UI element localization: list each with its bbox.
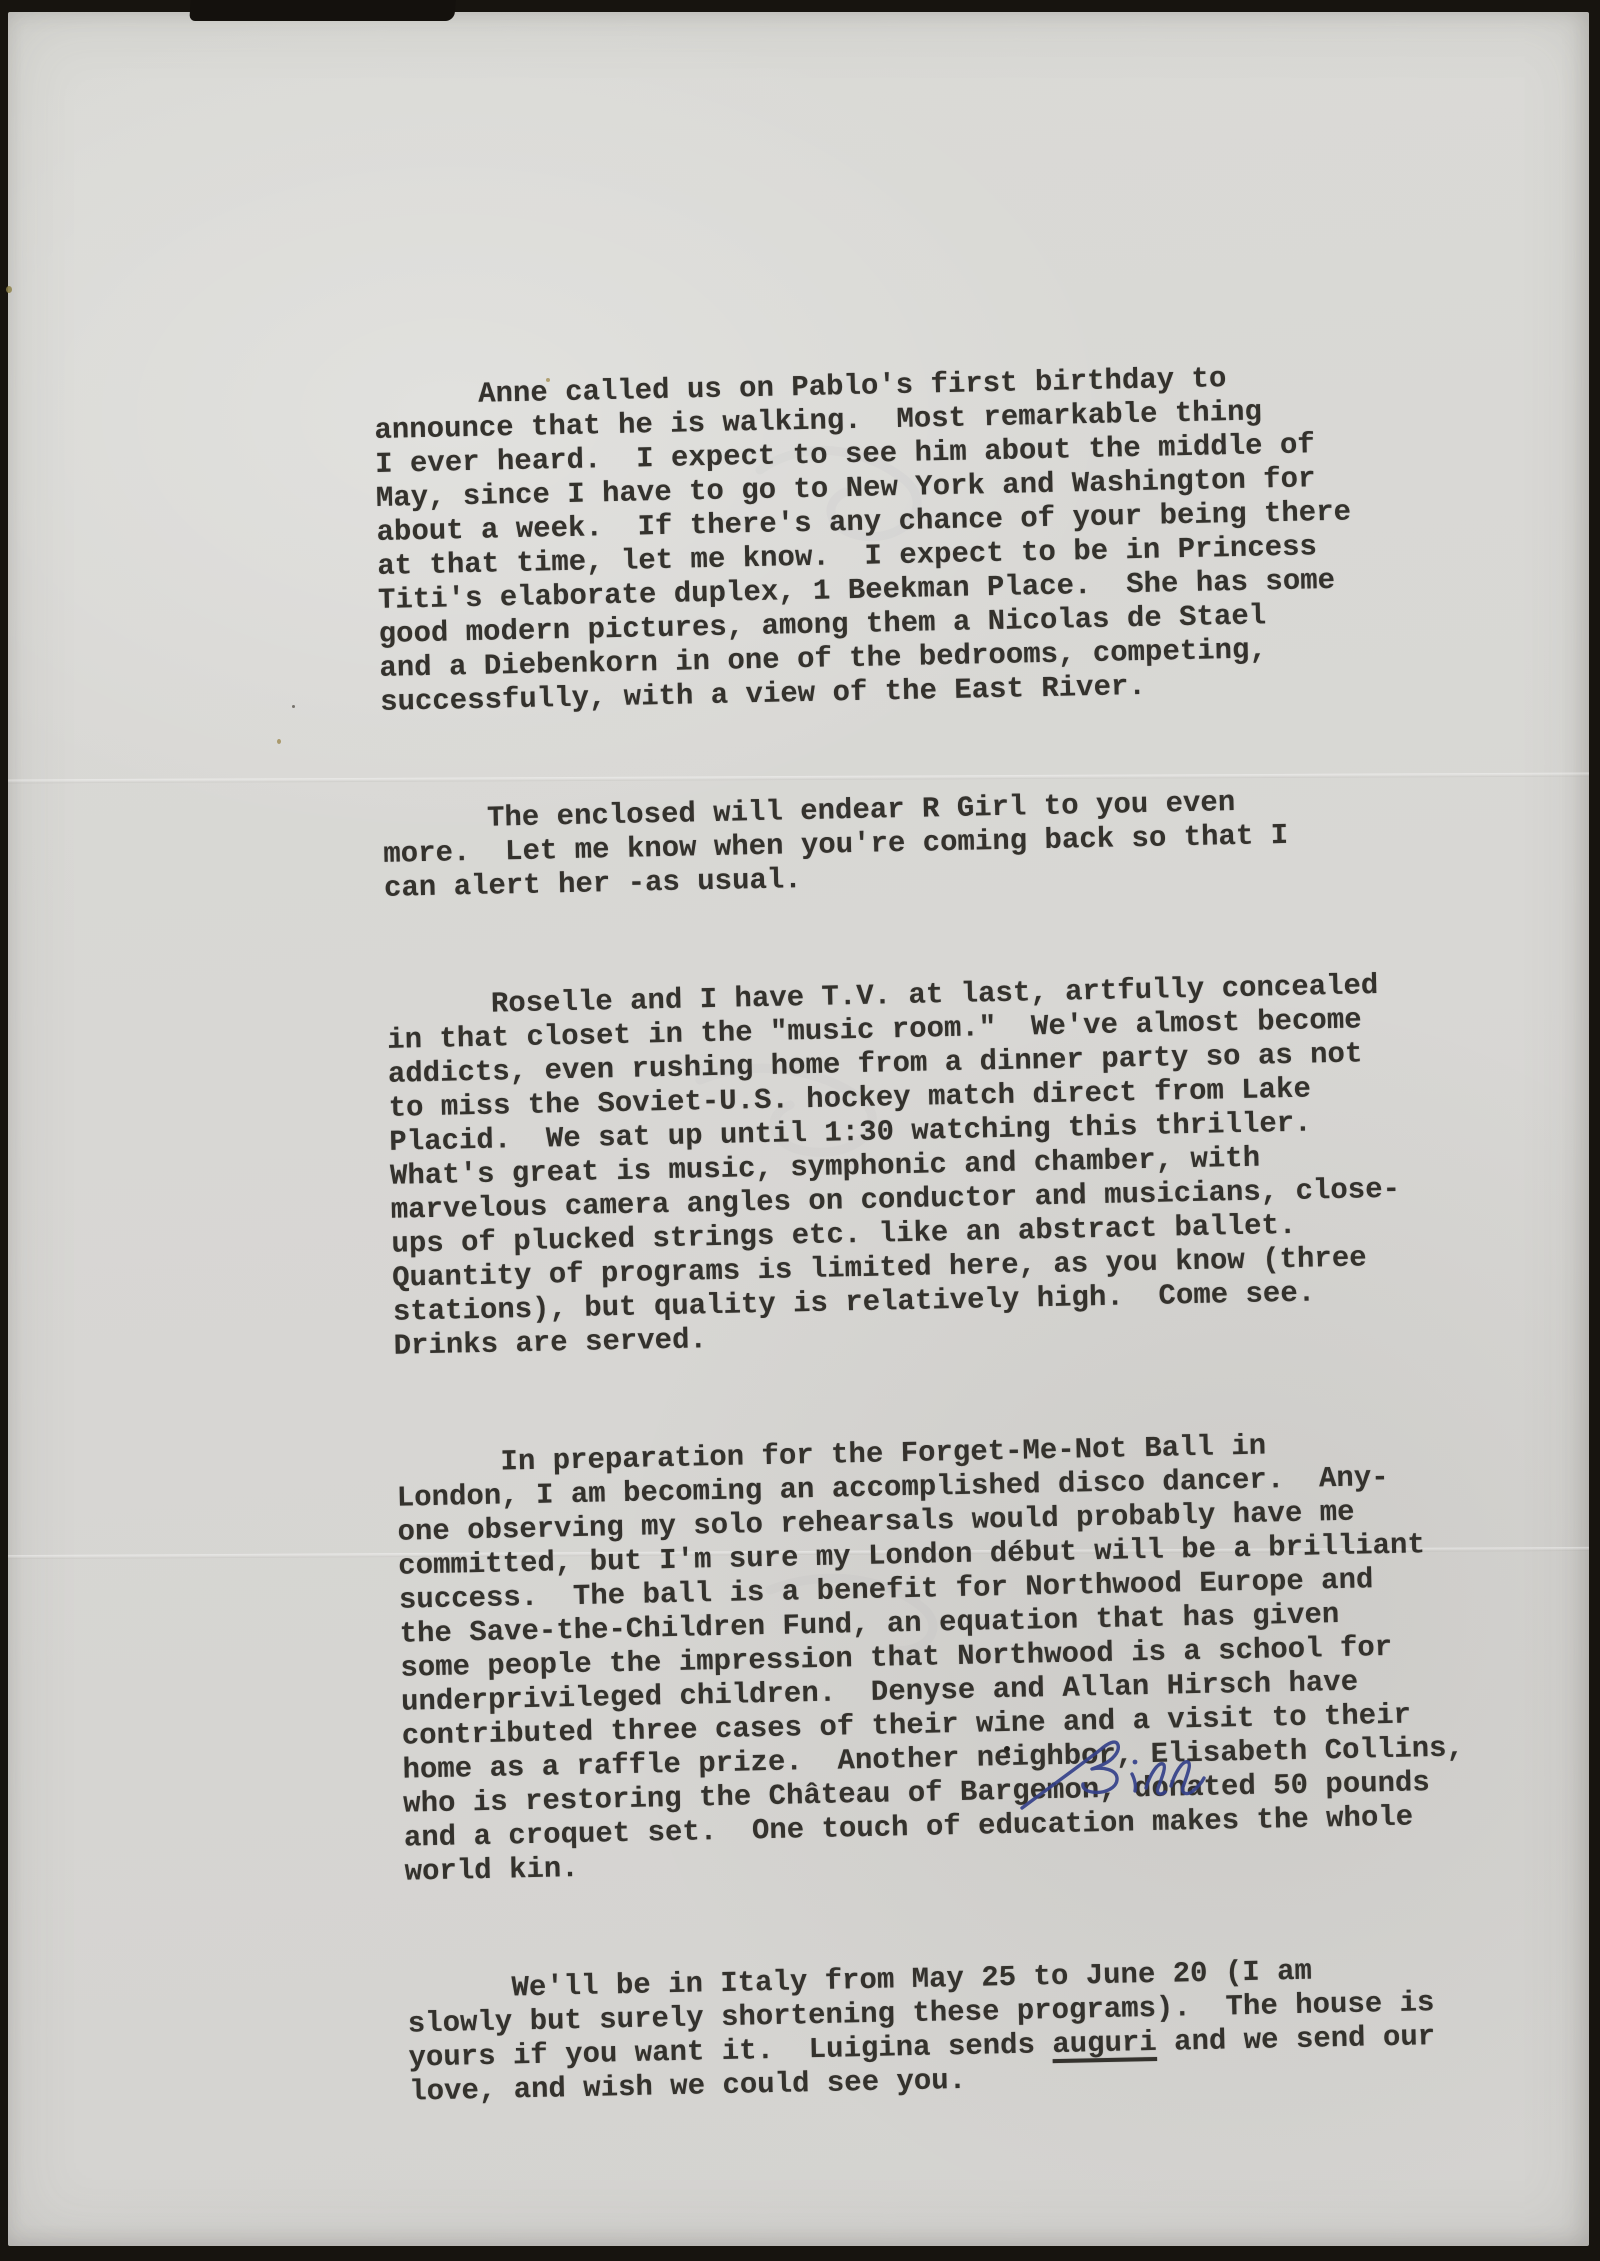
signature-bill [1008,1712,1248,1822]
signature-text: Bill [0,0,1,1]
underlined-word-auguri: auguri [1052,2026,1157,2061]
paragraph-forget-me-not-ball: In preparation for the Forget-Me-Not Bal… [396,1424,1525,1889]
paper-speck [277,739,281,744]
paragraph-tv-hockey: Roselle and I have T.V. at last, artfull… [386,966,1514,1363]
closing-text-before: We'll be in Italy from May 25 to June 20… [407,1955,1435,2075]
paragraph-closing: We'll be in Italy from May 25 to June 20… [407,1950,1530,2109]
paper-speck [292,705,295,708]
letter-body: Anne called us on Pablo's first birthday… [372,289,1531,2194]
scanned-letter: Anne called us on Pablo's first birthday… [0,0,1600,2261]
paper-speck [6,286,12,293]
paragraph-anne-pablo: Anne called us on Pablo's first birthday… [373,357,1500,720]
scan-edge-notch [189,0,455,21]
paragraph-enclosed-r-girl: The enclosed will endear R Girl to you e… [382,780,1504,905]
